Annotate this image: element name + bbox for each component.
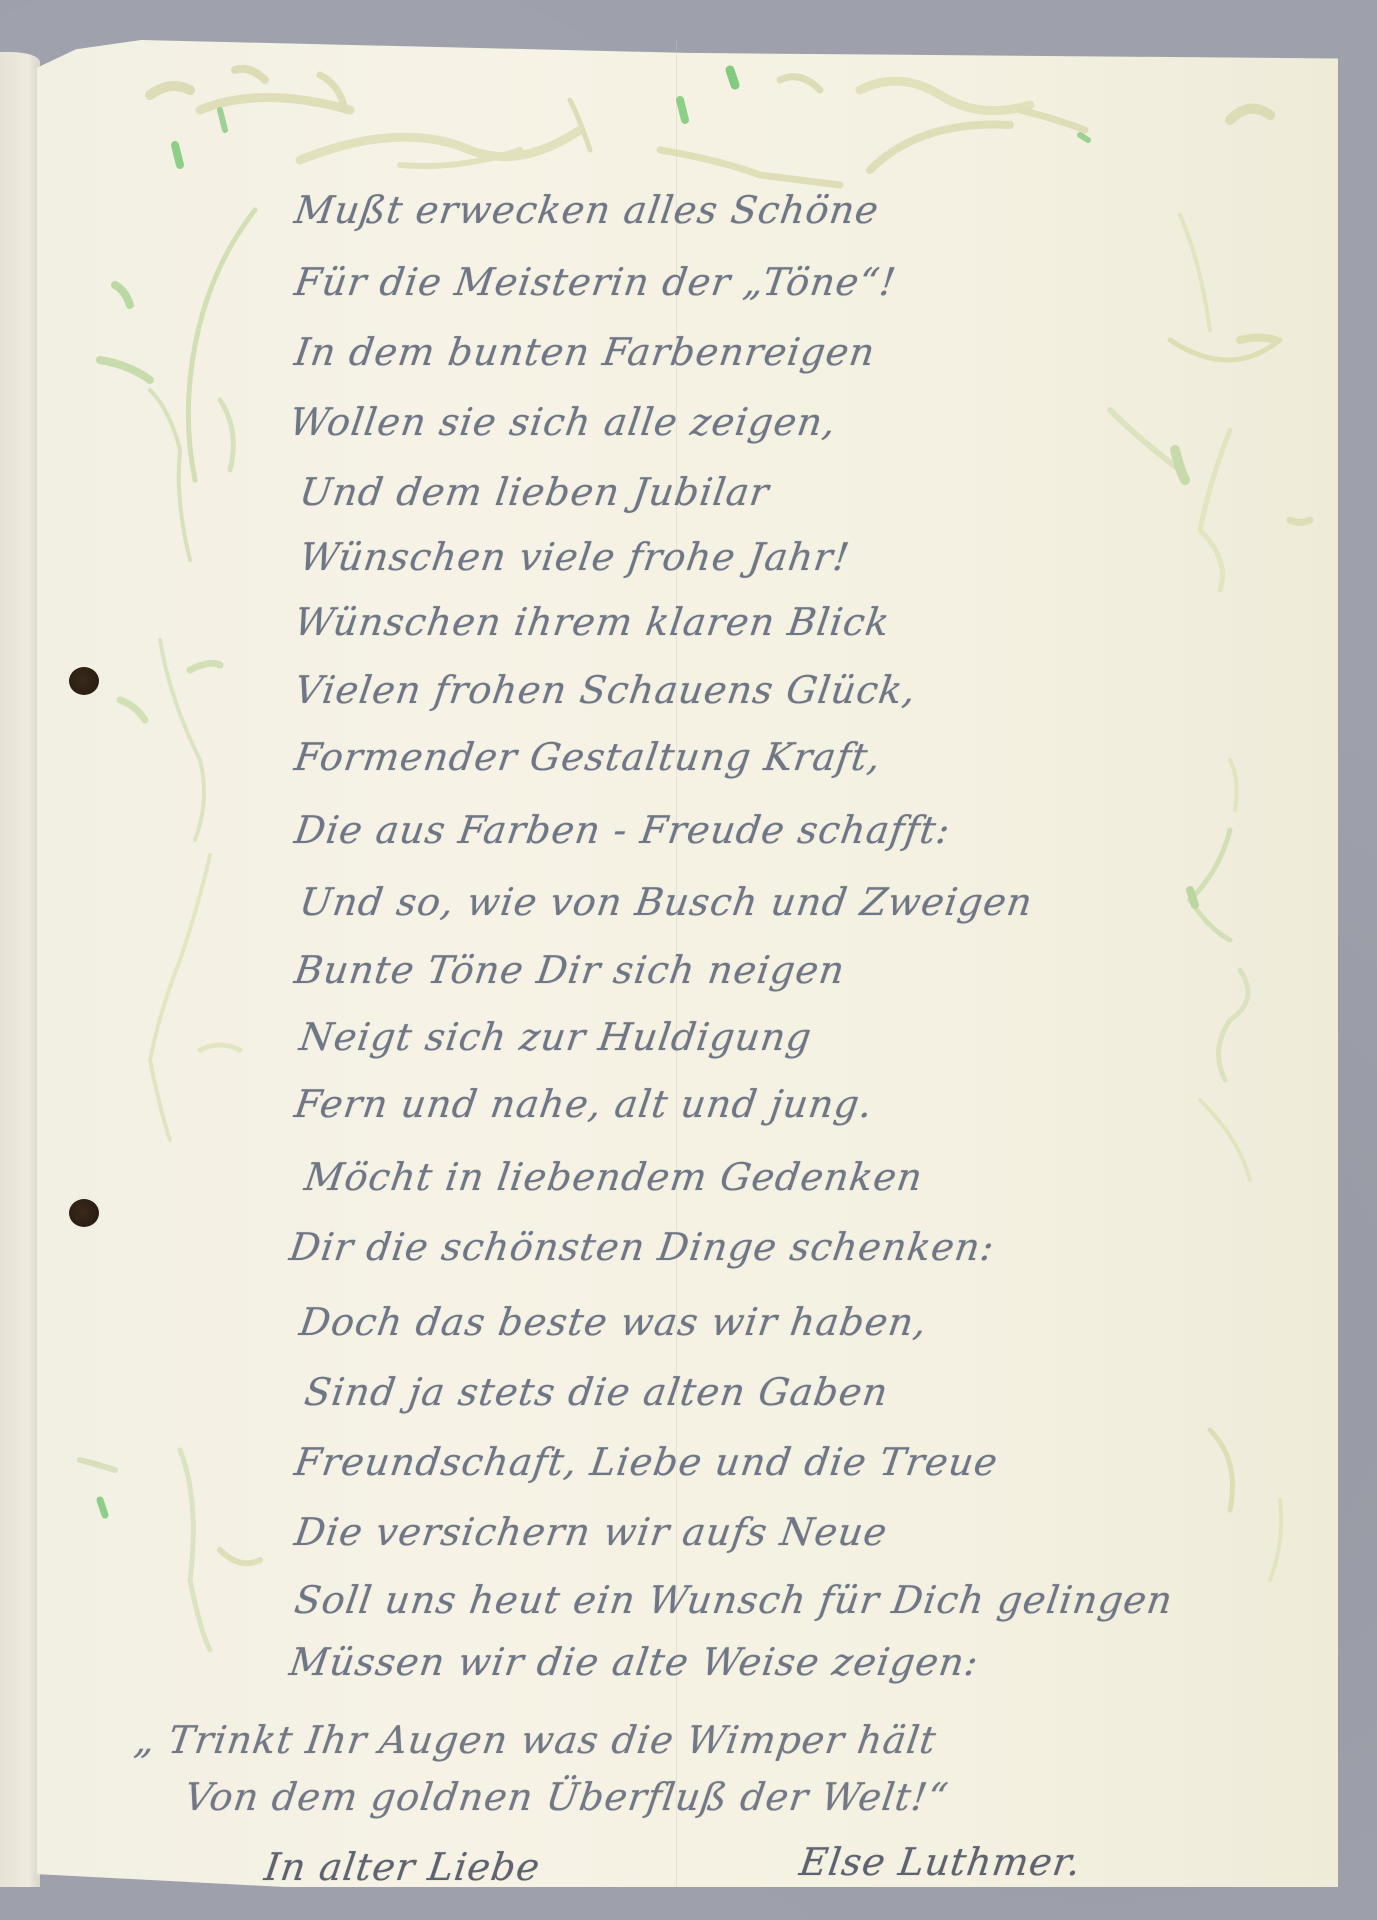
poem-line: Wünschen viele frohe Jahr! — [297, 535, 853, 579]
poem-line: Soll uns heut ein Wunsch für Dich geling… — [292, 1578, 1176, 1622]
poem-line: Freundschaft, Liebe und die Treue — [292, 1440, 1001, 1484]
poem-body: Mußt erwecken alles Schöne Für die Meist… — [0, 0, 1377, 1920]
signature: Else Luthmer. — [797, 1840, 1084, 1884]
poem-line: Die aus Farben - Freude schafft: — [292, 808, 953, 852]
poem-line: Dir die schönsten Dinge schenken: — [287, 1225, 998, 1269]
poem-line: Und dem lieben Jubilar — [297, 470, 772, 514]
poem-line: Doch das beste was wir haben, — [297, 1300, 930, 1344]
poem-line: Mußt erwecken alles Schöne — [292, 188, 882, 232]
poem-line: Die versichern wir aufs Neue — [292, 1510, 891, 1554]
poem-line: Und so, wie von Busch und Zweigen — [297, 880, 1036, 924]
poem-line: In dem bunten Farbenreigen — [292, 330, 878, 374]
salutation: In alter Liebe — [262, 1845, 543, 1889]
poem-line: Formender Gestaltung Kraft, — [292, 735, 884, 779]
poem-line: Wollen sie sich alle zeigen, — [287, 400, 839, 444]
closing-quote-line: „ Trinkt Ihr Augen was die Wimper hält — [132, 1718, 939, 1762]
poem-line: Für die Meisterin der „Töne“! — [292, 260, 899, 304]
poem-line: Sind ja stets die alten Gaben — [302, 1370, 891, 1414]
poem-line: Wünschen ihrem klaren Blick — [292, 600, 893, 644]
poem-line: Neigt sich zur Huldigung — [297, 1015, 815, 1059]
closing-quote-line: Von dem goldnen Überfluß der Welt!“ — [182, 1775, 951, 1819]
poem-line: Müssen wir die alte Weise zeigen: — [287, 1640, 982, 1684]
poem-line: Bunte Töne Dir sich neigen — [292, 948, 848, 992]
poem-line: Vielen frohen Schauens Glück, — [292, 668, 919, 712]
poem-line: Fern und nahe, alt und jung. — [292, 1082, 876, 1126]
poem-line: Möcht in liebendem Gedenken — [302, 1155, 926, 1199]
